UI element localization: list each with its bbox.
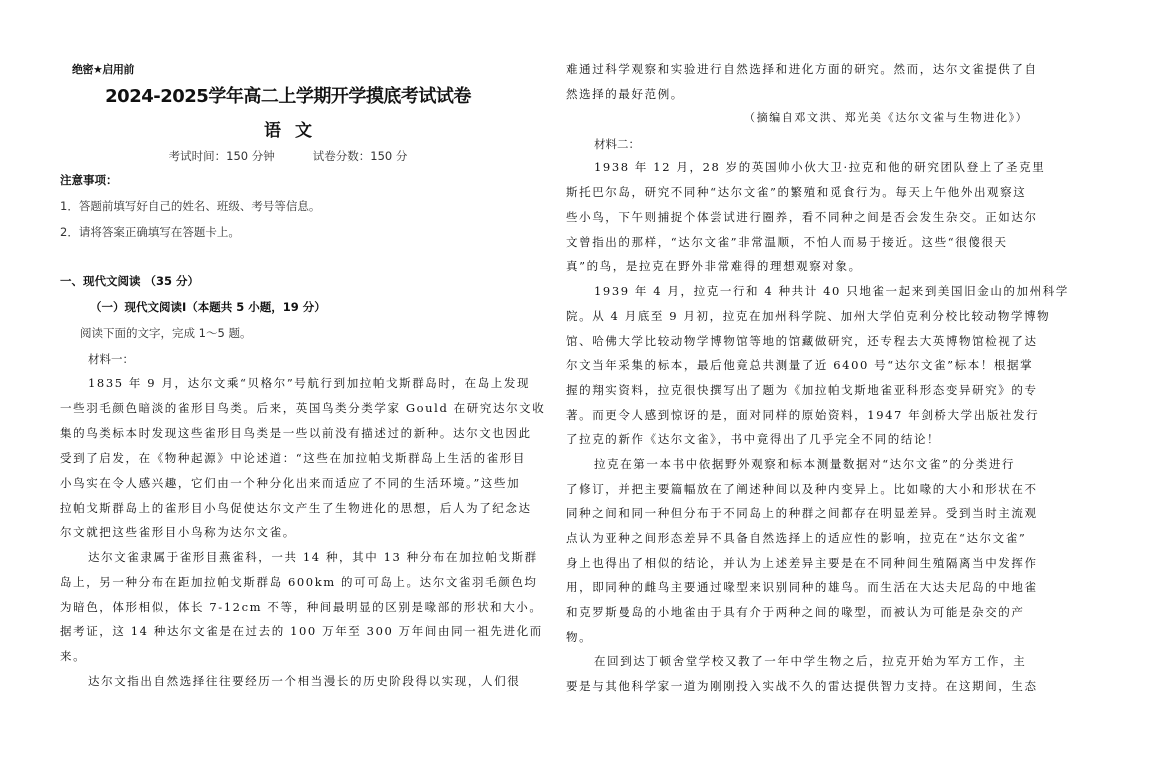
subject-title: 语文 <box>60 116 516 141</box>
text-line: 然选择的最好范例。 <box>566 87 684 101</box>
notice-item: 1．答题前填写好自己的姓名、班级、考号等信息。 <box>60 198 320 214</box>
notice-title: 注意事项： <box>60 172 118 188</box>
text-line: 小鸟实在令人感兴趣，它们由一个种分化出来而适应了不同的生活环境。”这些加 <box>60 476 520 490</box>
text-line: 受到了启发，在《物种起源》中论述道：“这些在加拉帕戈斯群岛上生活的雀形目 <box>60 451 526 465</box>
text-line: 要是与其他科学家一道为刚刚投入实战不久的雷达提供智力支持。在这期间，生态 <box>566 679 1038 693</box>
text-line: 真”的鸟，是拉克在野外非常难得的理想观察对象。 <box>566 259 862 273</box>
text-line: 尔文当年采集的标本，最后他竟总共测量了近 6400 号“达尔文雀”标本！根据掌 <box>566 358 1033 372</box>
text-line: 斯托巴尔岛，研究不同种“达尔文雀”的繁殖和觅食行为。每天上午他外出观察这 <box>566 185 1026 199</box>
text-line: 达尔文指出自然选择往往要经历一个相当漫长的历史阶段得以实现，人们很 <box>88 674 520 688</box>
text-line: 1939 年 4 月，拉克一行和 4 种共计 40 只地雀一起来到美国旧金山的加… <box>594 284 1069 298</box>
text-line: 些小鸟，下午则捕捉个体尝试进行圈养，看不同种之间是否会发生杂交。正如达尔 <box>566 210 1038 224</box>
text-line: 据考证，这 14 种达尔文雀是在过去的 100 万年至 300 万年间由同一祖先… <box>60 624 543 638</box>
text-line: 尔文就把这些雀形目小鸟称为达尔文雀。 <box>60 525 296 539</box>
text-line: 来。 <box>60 649 86 663</box>
text-line: 了拉克的新作《达尔文雀》，书中竟得出了几乎完全不同的结论！ <box>566 432 940 446</box>
text-line: 和克罗斯曼岛的小地雀由于具有介于两种之间的喙型，而被认为可能是杂交的产 <box>566 605 1025 619</box>
exam-page: 绝密★启用前 2024-2025学年高二上学期开学摸底考试试卷 语文 考试时间：… <box>0 0 1155 759</box>
exam-title: 2024-2025学年高二上学期开学摸底考试试卷 <box>60 82 516 108</box>
text-line: 拉克在第一本书中依据野外观察和标本测量数据对“达尔文雀”的分类进行 <box>594 457 1015 471</box>
exam-info: 考试时间：150 分钟试卷分数：150 分 <box>60 148 516 164</box>
confidential-mark: 绝密★启用前 <box>72 61 134 77</box>
text-line: 院。从 4 月底至 9 月初，拉克在加州科学院、加州大学伯克利分校比较动物学博物 <box>566 309 1050 323</box>
text-line: 文曾指出的那样，“达尔文雀”非常温顺，不怕人而易于接近。这些“很傻很天 <box>566 235 1008 249</box>
source-citation: （摘编自邓文洪、郑光美《达尔文雀与生物进化》） <box>744 111 1028 125</box>
text-line: 一些羽毛颜色暗淡的雀形目鸟类。后来，英国鸟类分类学家 Gould 在研究达尔文收 <box>60 401 545 415</box>
text-line: 用，即同种的雌鸟主要通过喙型来识别同种的雄鸟。而生活在大达夫尼岛的中地雀 <box>566 580 1038 594</box>
text-line: 馆、哈佛大学比较动物学博物馆等地的馆藏做研究，还专程去大英博物馆检视了达 <box>566 334 1038 348</box>
text-line: 同种之间和同一种但分布于不同岛上的种群之间都存在明显差异。受到当时主流观 <box>566 506 1038 520</box>
text-line: 集的鸟类标本时发现这些雀形目鸟类是一些以前没有描述过的新种。达尔文也因此 <box>60 426 532 440</box>
text-line: 难通过科学观察和实验进行自然选择和进化方面的研究。然而，达尔文雀提供了自 <box>566 62 1038 76</box>
section-heading: 一、现代文阅读 （35 分） <box>60 273 199 289</box>
exam-time: 考试时间：150 分钟 <box>169 149 275 163</box>
material-1-label: 材料一： <box>88 351 134 367</box>
text-line: 拉帕戈斯群岛上的雀形目小鸟促使达尔文产生了生物进化的思想，后人为了纪念达 <box>60 501 532 515</box>
total-score: 试卷分数：150 分 <box>313 149 408 163</box>
text-line: 身上也得出了相似的结论，并认为上述差异主要是在不同种间生殖隔离当中发挥作 <box>566 556 1038 570</box>
reading-instruction: 阅读下面的文字，完成 1～5 题。 <box>80 325 251 341</box>
subsection-heading: （一）现代文阅读Ⅰ（本题共 5 小题，19 分） <box>90 299 326 315</box>
text-line: 点认为亚种之间形态差异不具备自然选择上的适应性的影响，拉克在“达尔文雀” <box>566 531 1026 545</box>
text-line: 握的翔实资料，拉克很快撰写出了题为《加拉帕戈斯地雀亚科形态变异研究》的专 <box>566 383 1038 397</box>
text-line: 达尔文雀隶属于雀形目燕雀科，一共 14 种，其中 13 种分布在加拉帕戈斯群 <box>88 550 538 564</box>
notice-item: 2．请将答案正确填写在答题卡上。 <box>60 224 240 240</box>
text-line: 物。 <box>566 630 592 644</box>
text-line: 了修订，并把主要篇幅放在了阐述种间以及种内变异上。比如喙的大小和形状在不 <box>566 482 1038 496</box>
text-line: 1835 年 9 月，达尔文乘“贝格尔”号航行到加拉帕戈斯群岛时，在岛上发现 <box>88 376 530 390</box>
text-line: 著。而更令人感到惊讶的是，面对同样的原始资料，1947 年剑桥大学出版社发行 <box>566 408 1039 422</box>
material-2-label: 材料二： <box>594 136 640 152</box>
text-line: 1938 年 12 月，28 岁的英国帅小伙大卫·拉克和他的研究团队登上了圣克里 <box>594 160 1045 174</box>
text-line: 在回到达丁顿舍堂学校又教了一年中学生物之后，拉克开始为军方工作，主 <box>594 654 1026 668</box>
text-line: 为暗色，体形相似，体长 7-12cm 不等，种间最明显的区别是喙部的形状和大小。 <box>60 600 543 614</box>
text-line: 岛上，另一种分布在距加拉帕戈斯群岛 600km 的可可岛上。达尔文雀羽毛颜色均 <box>60 575 538 589</box>
